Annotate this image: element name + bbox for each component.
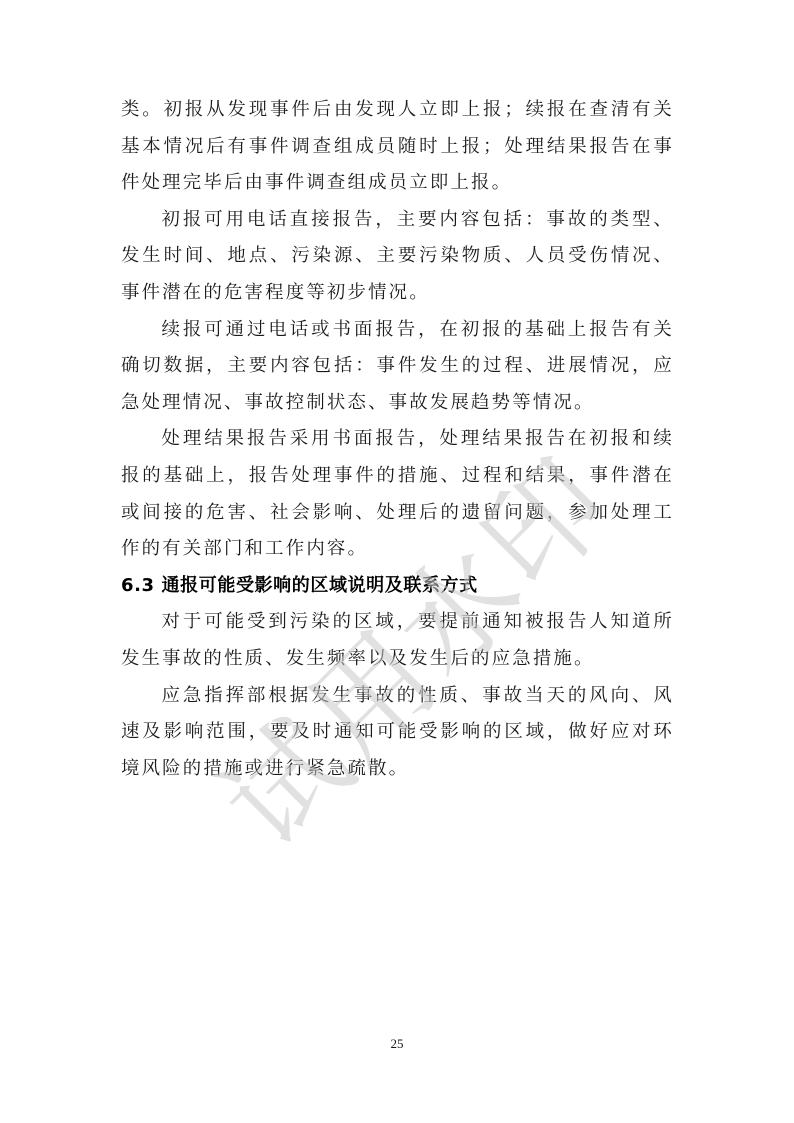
section-heading: 6.3 通报可能受影响的区域说明及联系方式: [121, 568, 674, 605]
paragraph-initial-report: 初报可用电话直接报告，主要内容包括：事故的类型、发生时间、地点、污染源、主要污染…: [121, 202, 674, 312]
paragraph-result-report: 处理结果报告采用书面报告，处理结果报告在初报和续报的基础上，报告处理事件的措施、…: [121, 421, 674, 567]
page-number: 25: [0, 1036, 794, 1052]
paragraph-follow-up-report: 续报可通过电话或书面报告，在初报的基础上报告有关确切数据，主要内容包括：事件发生…: [121, 312, 674, 422]
document-page: 类。初报从发现事件后由发现人立即上报；续报在查清有关基本情况后有事件调查组成员随…: [0, 0, 794, 1123]
paragraph-advance-notice: 对于可能受到污染的区域，要提前通知被报告人知道所发生事故的性质、发生频率以及发生…: [121, 604, 674, 677]
page-body: 类。初报从发现事件后由发现人立即上报；续报在查清有关基本情况后有事件调查组成员随…: [121, 92, 674, 787]
paragraph-evacuation: 应急指挥部根据发生事故的性质、事故当天的风向、风速及影响范围，要及时通知可能受影…: [121, 678, 674, 788]
paragraph-report-stages: 类。初报从发现事件后由发现人立即上报；续报在查清有关基本情况后有事件调查组成员随…: [121, 92, 674, 202]
